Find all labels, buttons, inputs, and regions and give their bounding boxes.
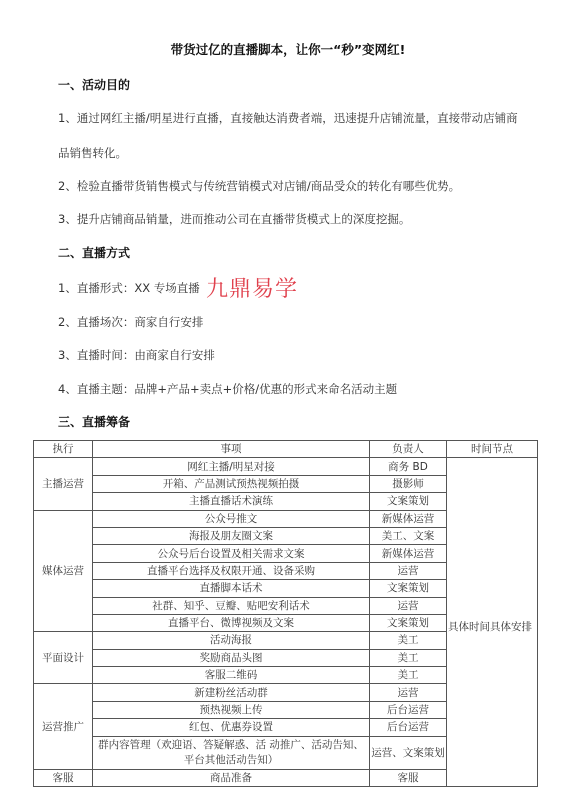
owner-cell: 新媒体运营 [370, 545, 447, 562]
task-cell: 主播直播话术演练 [93, 493, 370, 510]
owner-cell: 美工 [370, 632, 447, 649]
owner-cell: 文案策划 [370, 493, 447, 510]
header-exec: 执行 [34, 441, 93, 458]
section-heading-preparation: 三、直播筹备 [58, 413, 130, 430]
time-cell [447, 458, 538, 769]
table-row: 主播运营 网红主播/明星对接 商务 BD [34, 458, 538, 475]
document-title: 带货过亿的直播脚本，让你一“秒”变网红! [0, 40, 576, 58]
task-cell: 直播平台、微博视频及文案 [93, 614, 370, 631]
purpose-item-1: 1、通过网红主播/明星进行直播，直接触达消费者端，迅速提升店铺流量，直接带动店铺… [58, 110, 518, 126]
purpose-item-2: 2、检验直播带货销售模式与传统营销模式对店铺/商品受众的转化有哪些优势。 [58, 178, 460, 194]
task-cell: 商品准备 [93, 769, 370, 786]
owner-cell: 运营 [370, 562, 447, 579]
task-cell: 活动海报 [93, 632, 370, 649]
section-heading-purpose: 一、活动目的 [58, 76, 130, 93]
header-time: 时间节点 [447, 441, 538, 458]
method-item-2: 2、直播场次：商家自行安排 [58, 314, 203, 330]
task-cell: 海报及朋友圈文案 [93, 527, 370, 544]
group-cell: 媒体运营 [34, 510, 93, 632]
group-cell: 主播运营 [34, 458, 93, 510]
task-cell: 开箱、产品测试预热视频拍摄 [93, 475, 370, 492]
task-cell: 客服二维码 [93, 667, 370, 684]
task-cell: 社群、知乎、豆瓣、贴吧安利话术 [93, 597, 370, 614]
owner-cell: 运营 [370, 684, 447, 701]
task-cell: 公众号推文 [93, 510, 370, 527]
owner-cell: 美工 [370, 649, 447, 666]
task-cell: 网红主播/明星对接 [93, 458, 370, 475]
owner-cell: 客服 [370, 769, 447, 786]
owner-cell: 运营、文案策划 [370, 736, 447, 769]
owner-cell: 后台运营 [370, 701, 447, 718]
method-item-3: 3、直播时间：由商家自行安排 [58, 347, 215, 363]
header-task: 事项 [93, 441, 370, 458]
owner-cell: 商务 BD [370, 458, 447, 475]
owner-cell: 摄影师 [370, 475, 447, 492]
task-cell: 公众号后台设置及相关需求文案 [93, 545, 370, 562]
table-header-row: 执行 事项 负责人 时间节点 [34, 441, 538, 458]
owner-cell: 后台运营 [370, 719, 447, 736]
task-cell: 群内容管理（欢迎语、答疑解惑、活 动推广、活动告知、平台其他活动告知） [93, 736, 370, 769]
group-cell: 客服 [34, 769, 93, 786]
task-cell: 预热视频上传 [93, 701, 370, 718]
task-cell: 直播脚本话术 [93, 580, 370, 597]
owner-cell: 运营 [370, 597, 447, 614]
task-cell: 奖励商品头图 [93, 649, 370, 666]
task-cell: 红包、优惠券设置 [93, 719, 370, 736]
owner-cell: 新媒体运营 [370, 510, 447, 527]
owner-cell: 美工、文案 [370, 527, 447, 544]
method-item-4: 4、直播主题：品牌+产品+卖点+价格/优惠的形式来命名活动主题 [58, 381, 397, 397]
time-cell-end [447, 769, 538, 786]
task-cell: 直播平台选择及权限开通、设备采购 [93, 562, 370, 579]
header-owner: 负责人 [370, 441, 447, 458]
preparation-table: 执行 事项 负责人 时间节点 主播运营 网红主播/明星对接 商务 BD 开箱、产… [33, 440, 538, 787]
section-heading-method: 二、直播方式 [58, 244, 130, 261]
watermark: 九鼎易学 [206, 272, 298, 303]
group-cell: 运营推广 [34, 684, 93, 769]
owner-cell: 文案策划 [370, 580, 447, 597]
method-item-1: 1、直播形式：XX 专场直播 [58, 280, 200, 296]
table-row: 客服 商品准备 客服 [34, 769, 538, 786]
task-cell: 新建粉丝活动群 [93, 684, 370, 701]
purpose-item-3: 3、提升店铺商品销量，进而推动公司在直播带货模式上的深度挖掘。 [58, 211, 410, 227]
purpose-item-1-cont: 品销售转化。 [58, 145, 127, 161]
owner-cell: 美工 [370, 667, 447, 684]
group-cell: 平面设计 [34, 632, 93, 684]
time-note: 具体时间具体安排 [448, 619, 532, 634]
owner-cell: 文案策划 [370, 614, 447, 631]
